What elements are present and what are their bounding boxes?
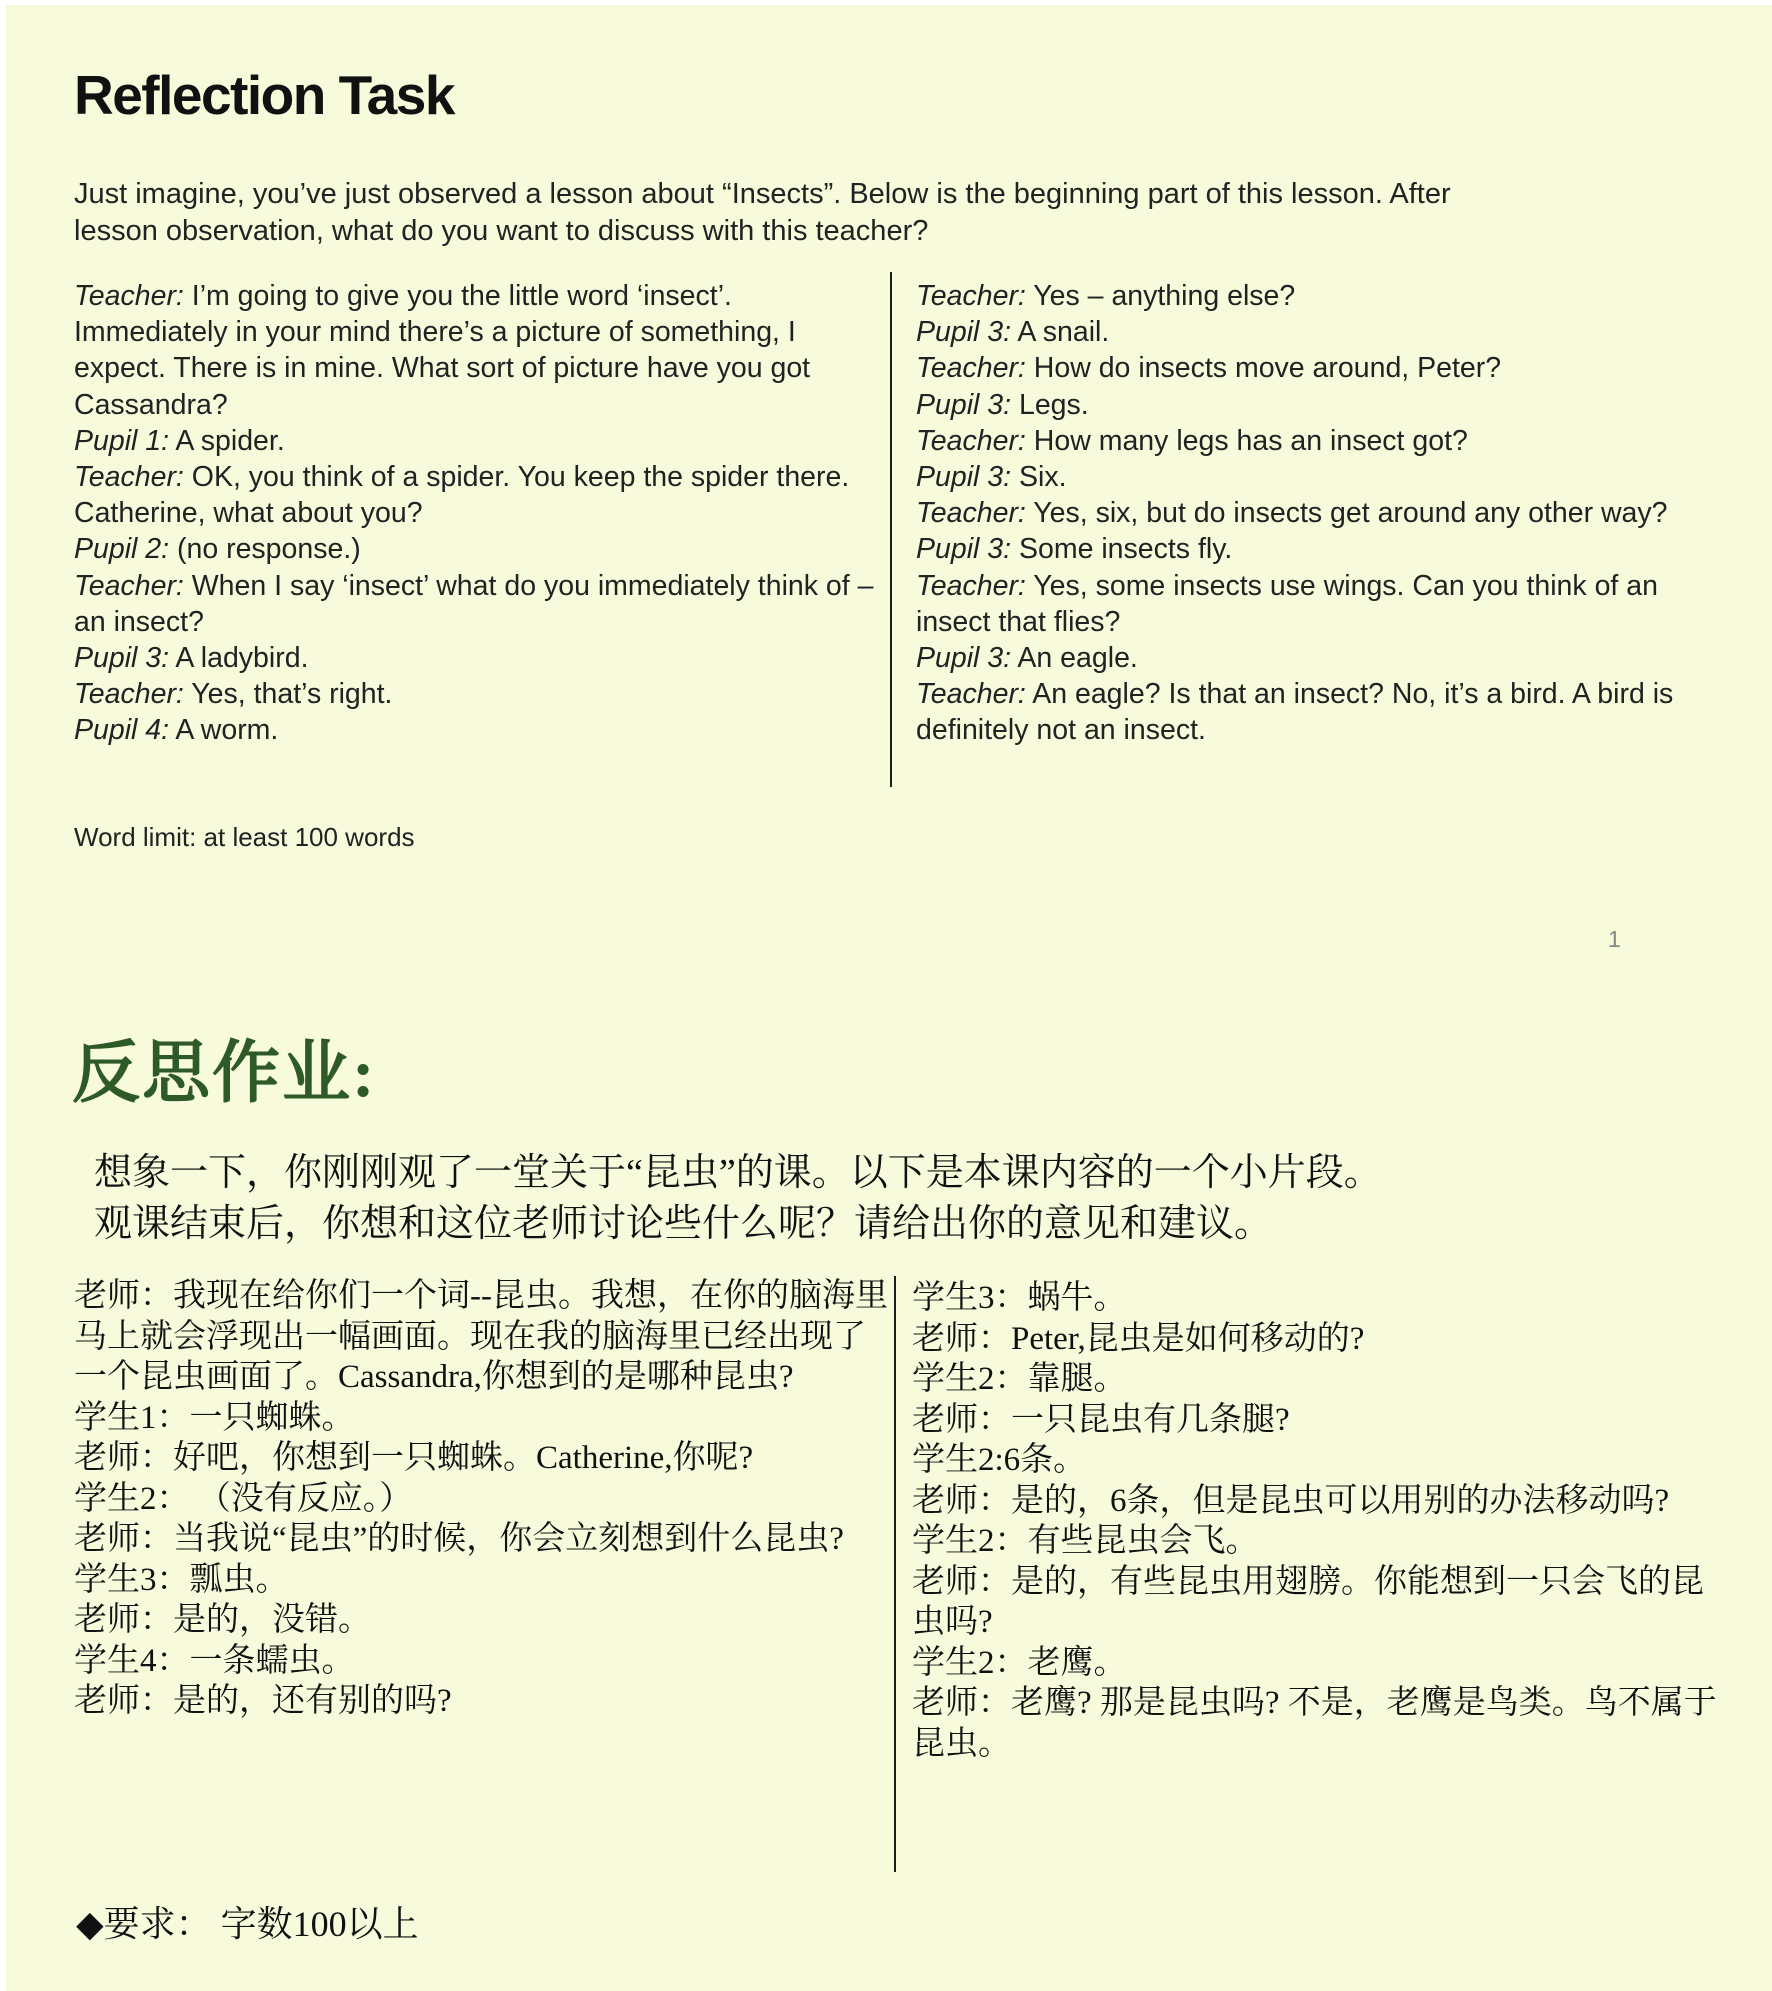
speaker-label: Teacher:: [74, 461, 184, 493]
dialogue-turn: Teacher: Yes, six, but do insects get ar…: [916, 495, 1722, 531]
english-intro-line-2: lesson observation, what do you want to …: [74, 213, 1724, 250]
speaker-label: Teacher:: [74, 280, 184, 312]
requirement-note: ◆要求： 字数100以上: [76, 1896, 419, 1947]
speaker-label: 老师：: [912, 1321, 1011, 1357]
dialogue-turn: Teacher: Yes – anything else?: [916, 278, 1722, 314]
speaker-label: 老师：: [912, 1564, 1011, 1600]
speaker-label: 老师：: [912, 1402, 1011, 1438]
speaker-label: 学生3：: [912, 1280, 1028, 1316]
dialogue-turn: Teacher: How do insects move around, Pet…: [916, 350, 1722, 386]
dialogue-turn: 学生3：瓢虫。: [74, 1560, 892, 1601]
dialogue-turn: 学生3：蜗牛。: [912, 1278, 1724, 1319]
dialogue-turn: Pupil 3: Some insects fly.: [916, 531, 1722, 567]
dialogue-turn: Pupil 3: An eagle.: [916, 640, 1722, 676]
speaker-label: Pupil 4:: [74, 714, 169, 746]
dialogue-turn: 老师：好吧，你想到一只蜘蛛。Catherine,你呢?: [74, 1438, 892, 1479]
speaker-label: Teacher:: [74, 678, 184, 710]
speaker-label: 老师：: [912, 1483, 1011, 1519]
english-intro: Just imagine, you’ve just observed a les…: [74, 176, 1724, 250]
speaker-label: 学生2：: [912, 1361, 1028, 1397]
dialogue-turn: 老师：我现在给你们一个词--昆虫。我想，在你的脑海里马上就会浮现出一幅画面。现在…: [74, 1276, 892, 1398]
speaker-label: Pupil 3:: [916, 461, 1011, 493]
column-divider-line: [890, 272, 892, 787]
english-intro-line-1: Just imagine, you’ve just observed a les…: [74, 176, 1724, 213]
speaker-label: Pupil 3:: [916, 389, 1011, 421]
dialogue-turn: Teacher: When I say ‘insect’ what do you…: [74, 568, 876, 640]
dialogue-turn: Pupil 3: A snail.: [916, 314, 1722, 350]
word-limit-note: Word limit: at least 100 words: [74, 822, 415, 853]
chinese-intro: 想象一下，你刚刚观了一堂关于“昆虫”的课。以下是本课内容的一个小片段。 观课结束…: [94, 1148, 1654, 1250]
dialogue-turn: 学生4：一条蠕虫。: [74, 1641, 892, 1682]
dialogue-turn: 学生1：一只蜘蛛。: [74, 1398, 892, 1439]
speaker-label: 学生2：: [912, 1645, 1028, 1681]
dialogue-turn: Pupil 4: A worm.: [74, 712, 876, 748]
dialogue-turn: 老师：是的，6条，但是昆虫可以用别的办法移动吗?: [912, 1481, 1724, 1522]
dialogue-turn: 老师：是的，还有别的吗?: [74, 1681, 892, 1722]
dialogue-turn: 学生2:6条。: [912, 1440, 1724, 1481]
speaker-label: 学生2：: [74, 1481, 190, 1517]
english-dialogue-right-column: Teacher: Yes – anything else?Pupil 3: A …: [916, 278, 1722, 749]
speaker-label: 学生2：: [912, 1523, 1028, 1559]
dialogue-turn: Teacher: Yes, that’s right.: [74, 676, 876, 712]
dialogue-turn: Teacher: OK, you think of a spider. You …: [74, 459, 876, 531]
dialogue-turn: 老师：是的，有些昆虫用翅膀。你能想到一只会飞的昆虫吗?: [912, 1562, 1724, 1643]
speaker-label: Pupil 1:: [74, 425, 169, 457]
speaker-label: Teacher:: [74, 570, 184, 602]
dialogue-turn: 老师：老鹰? 那是昆虫吗? 不是，老鹰是鸟类。鸟不属于昆虫。: [912, 1683, 1724, 1764]
dialogue-turn: Pupil 3: Legs.: [916, 387, 1722, 423]
dialogue-turn: Pupil 3: A ladybird.: [74, 640, 876, 676]
dialogue-turn: Teacher: How many legs has an insect got…: [916, 423, 1722, 459]
speaker-label: Pupil 2:: [74, 533, 169, 565]
chinese-intro-line-2: 观课结束后，你想和这位老师讨论些什么呢？请给出你的意见和建议。: [94, 1199, 1654, 1250]
speaker-label: Teacher:: [916, 570, 1026, 602]
dialogue-turn: Pupil 1: A spider.: [74, 423, 876, 459]
english-title: Reflection Task: [74, 64, 454, 127]
dialogue-turn: Pupil 3: Six.: [916, 459, 1722, 495]
speaker-label: 学生4：: [74, 1643, 190, 1679]
speaker-label: 老师：: [74, 1602, 173, 1638]
speaker-label: 老师：: [74, 1521, 173, 1557]
dialogue-turn: 学生2： （没有反应。）: [74, 1479, 892, 1520]
column-divider-line: [894, 1276, 896, 1872]
speaker-label: Pupil 3:: [916, 533, 1011, 565]
dialogue-turn: Teacher: Yes, some insects use wings. Ca…: [916, 568, 1722, 640]
speaker-label: 老师：: [74, 1278, 173, 1314]
chinese-title: 反思作业:: [72, 1036, 377, 1111]
chinese-dialogue-left-column: 老师：我现在给你们一个词--昆虫。我想，在你的脑海里马上就会浮现出一幅画面。现在…: [74, 1276, 892, 1722]
english-dialogue-left-column: Teacher: I’m going to give you the littl…: [74, 278, 876, 749]
speaker-label: Teacher:: [916, 497, 1026, 529]
speaker-label: 学生2:: [912, 1442, 1004, 1478]
speaker-label: Teacher:: [916, 678, 1026, 710]
dialogue-turn: 老师：是的，没错。: [74, 1600, 892, 1641]
speaker-label: Pupil 3:: [916, 316, 1011, 348]
speaker-label: Pupil 3:: [916, 642, 1011, 674]
dialogue-turn: Teacher: I’m going to give you the littl…: [74, 278, 876, 423]
chinese-dialogue-right-column: 学生3：蜗牛。老师：Peter,昆虫是如何移动的?学生2：靠腿。老师：一只昆虫有…: [912, 1278, 1724, 1764]
speaker-label: 老师：: [912, 1685, 1011, 1721]
dialogue-turn: Pupil 2: (no response.): [74, 531, 876, 567]
dialogue-turn: 老师：一只昆虫有几条腿?: [912, 1400, 1724, 1441]
dialogue-turn: 学生2：有些昆虫会飞。: [912, 1521, 1724, 1562]
chinese-intro-line-1: 想象一下，你刚刚观了一堂关于“昆虫”的课。以下是本课内容的一个小片段。: [94, 1148, 1654, 1199]
dialogue-turn: Teacher: An eagle? Is that an insect? No…: [916, 676, 1722, 748]
speaker-label: Teacher:: [916, 280, 1026, 312]
dialogue-turn: 学生2：靠腿。: [912, 1359, 1724, 1400]
page-number: 1: [1608, 926, 1621, 953]
dialogue-turn: 老师：Peter,昆虫是如何移动的?: [912, 1319, 1724, 1360]
speaker-label: 学生1：: [74, 1400, 190, 1436]
dialogue-turn: 学生2：老鹰。: [912, 1643, 1724, 1684]
speaker-label: Teacher:: [916, 352, 1026, 384]
dialogue-turn: 老师：当我说“昆虫”的时候，你会立刻想到什么昆虫?: [74, 1519, 892, 1560]
speaker-label: Pupil 3:: [74, 642, 169, 674]
speaker-label: Teacher:: [916, 425, 1026, 457]
speaker-label: 老师：: [74, 1440, 173, 1476]
speaker-label: 学生3：: [74, 1562, 190, 1598]
speaker-label: 老师：: [74, 1683, 173, 1719]
